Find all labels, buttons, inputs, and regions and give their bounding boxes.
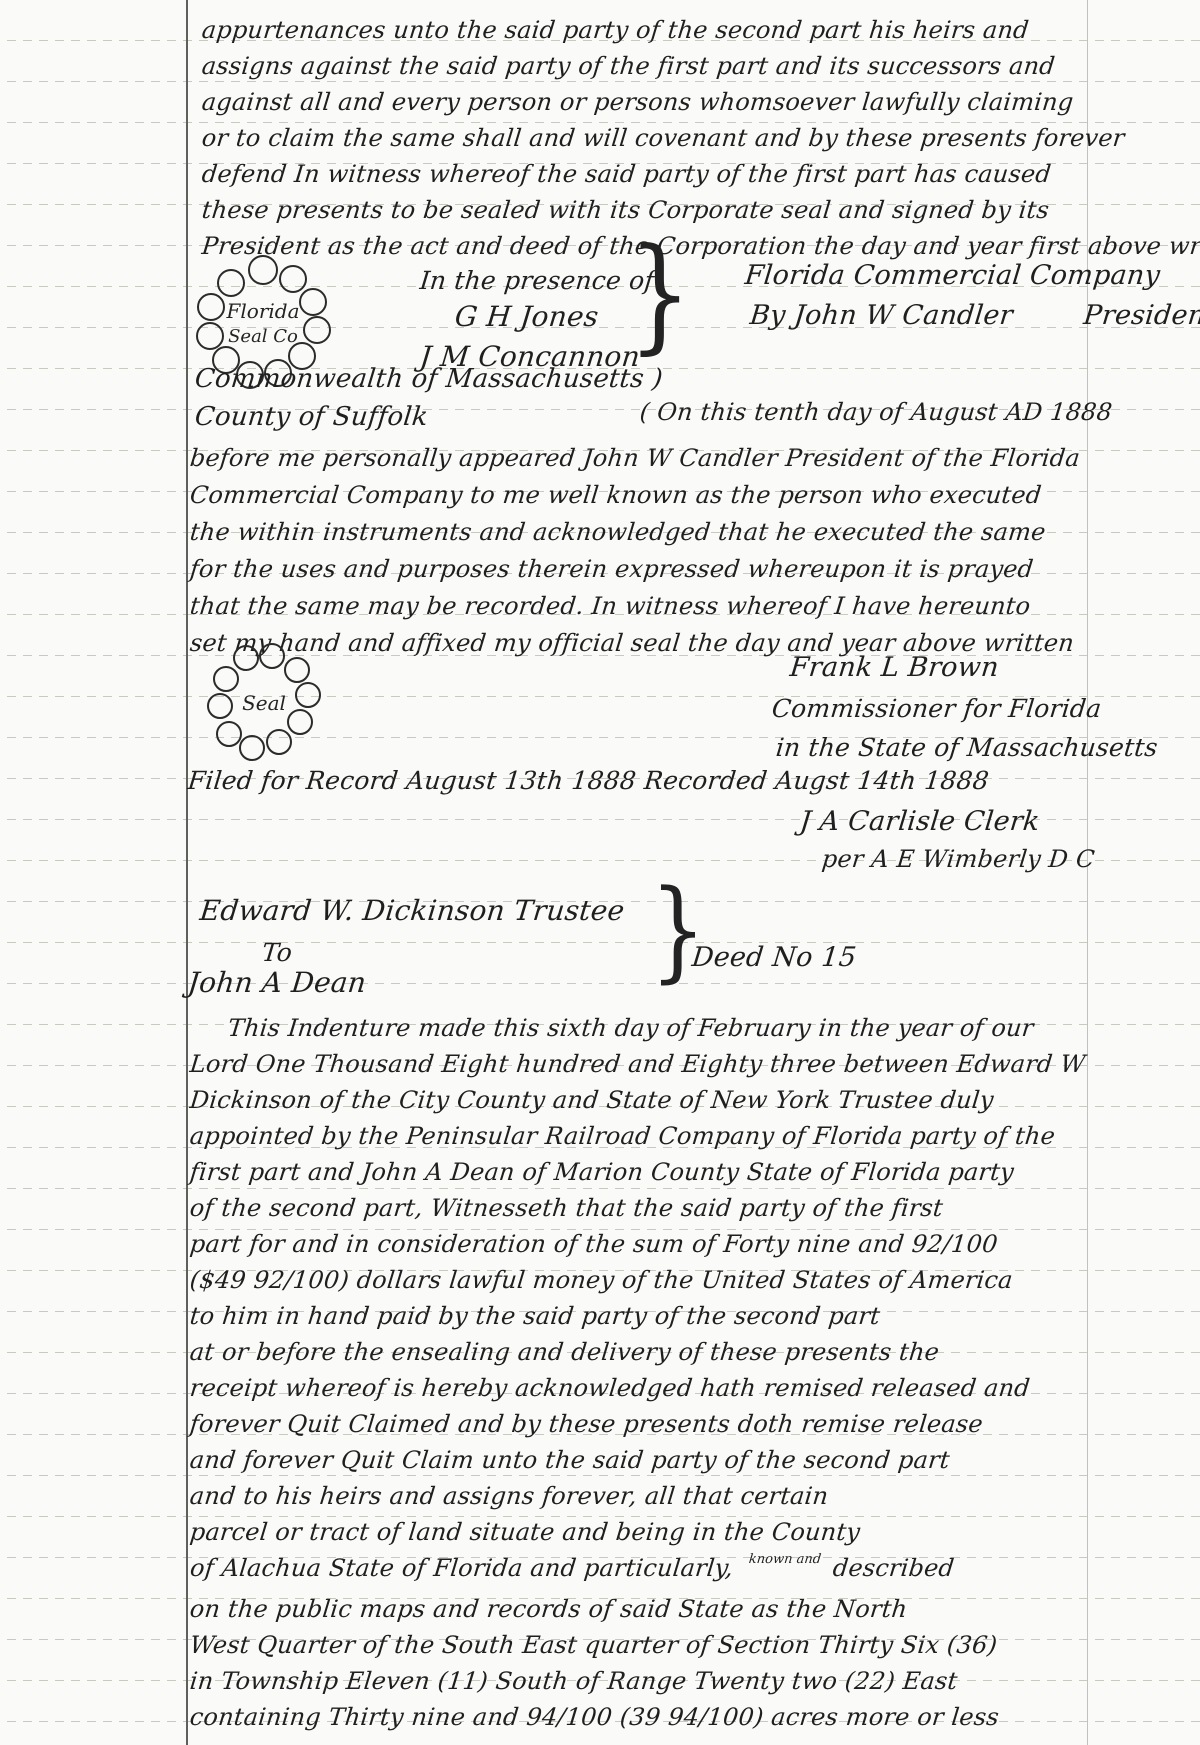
brace-glyph: } bbox=[628, 232, 692, 357]
handwritten-line: of the second part, Witnesseth that the … bbox=[188, 1190, 1087, 1226]
handwritten-line: receipt whereof is hereby acknowledged h… bbox=[188, 1370, 1087, 1406]
handwritten-line: for the uses and purposes therein expres… bbox=[188, 551, 1082, 588]
grantor-name: Edward W. Dickinson Trustee bbox=[198, 894, 626, 927]
acknowledgment-paragraph: before me personally appeared John W Can… bbox=[190, 440, 1080, 662]
to-label: To bbox=[260, 938, 293, 967]
handwritten-line: and to his heirs and assigns forever, al… bbox=[188, 1478, 1087, 1514]
handwritten-line: Dickinson of the City County and State o… bbox=[188, 1082, 1087, 1118]
notary-signature: Frank L Brown bbox=[788, 652, 1000, 683]
handwritten-line: appointed by the Peninsular Railroad Com… bbox=[188, 1118, 1087, 1154]
handwritten-line: appurtenances unto the said party of the… bbox=[200, 12, 1200, 48]
witness-signature: G H Jones bbox=[453, 300, 600, 333]
handwritten-line: defend In witness whereof the said party… bbox=[200, 156, 1200, 192]
interlinear-insertion: known and bbox=[747, 1542, 823, 1578]
acknowledgment-opening: ( On this tenth day of August AD 1888 bbox=[639, 398, 1114, 426]
deed-number-label: Deed No 15 bbox=[690, 942, 858, 973]
company-signature: Florida Commercial Company bbox=[743, 260, 1161, 291]
handwritten-line: or to claim the same shall and will cove… bbox=[200, 120, 1200, 156]
presence-label: In the presence of bbox=[418, 266, 655, 295]
line-text: of Alachua State of Florida and particul… bbox=[189, 1554, 735, 1582]
president-signature: By John W Candler President bbox=[748, 300, 1200, 331]
handwritten-line: part for and in consideration of the sum… bbox=[188, 1226, 1087, 1262]
notary-title: in the State of Massachusetts bbox=[774, 733, 1159, 762]
handwritten-line: parcel or tract of land situate and bein… bbox=[188, 1514, 1087, 1550]
signer-title: President bbox=[1082, 300, 1200, 331]
handwritten-line: that the same may be recorded. In witnes… bbox=[188, 588, 1082, 625]
handwritten-line: at or before the ensealing and delivery … bbox=[188, 1334, 1087, 1370]
handwritten-line: Commercial Company to me well known as t… bbox=[188, 477, 1082, 514]
filing-record-line: Filed for Record August 13th 1888 Record… bbox=[186, 766, 990, 795]
handwritten-line: President as the act and deed of the Cor… bbox=[200, 228, 1200, 264]
handwritten-line: and forever Quit Claim unto the said par… bbox=[188, 1442, 1087, 1478]
handwritten-line: these presents to be sealed with its Cor… bbox=[200, 192, 1200, 228]
handwritten-line: ($49 92/100) dollars lawful money of the… bbox=[188, 1262, 1087, 1298]
corporate-seal-text: Seal Co bbox=[228, 326, 298, 347]
handwritten-line: on the public maps and records of said S… bbox=[188, 1591, 1087, 1627]
handwritten-line: assigns against the said party of the fi… bbox=[200, 48, 1200, 84]
notary-seal-doodle: Seal bbox=[204, 642, 326, 766]
handwritten-line: in Township Eleven (11) South of Range T… bbox=[188, 1663, 1087, 1699]
handwritten-line: forever Quit Claimed and by these presen… bbox=[188, 1406, 1087, 1442]
corporate-seal-text: Florida bbox=[226, 299, 300, 323]
handwritten-line: before me personally appeared John W Can… bbox=[188, 440, 1082, 477]
deed-body-paragraph: This Indenture made this sixth day of Fe… bbox=[190, 1010, 1085, 1735]
handwritten-line: the within instruments and acknowledged … bbox=[188, 514, 1082, 551]
signed-by: By John W Candler bbox=[748, 300, 1014, 331]
clerk-signature: J A Carlisle Clerk bbox=[798, 806, 1041, 837]
handwritten-line: first part and John A Dean of Marion Cou… bbox=[188, 1154, 1087, 1190]
county-caption: County of Suffolk bbox=[193, 402, 429, 432]
closing-paragraph: appurtenances unto the said party of the… bbox=[202, 12, 1200, 264]
handwritten-line: to him in hand paid by the said party of… bbox=[188, 1298, 1087, 1334]
line-text: described bbox=[832, 1554, 956, 1582]
handwritten-line: West Quarter of the South East quarter o… bbox=[188, 1627, 1087, 1663]
deputy-clerk-signature: per A E Wimberly D C bbox=[821, 845, 1097, 873]
handwritten-line: containing Thirty nine and 94/100 (39 94… bbox=[188, 1699, 1087, 1735]
deed-record-page: appurtenances unto the said party of the… bbox=[0, 0, 1200, 1745]
state-caption: Commonwealth of Massachusetts ) bbox=[193, 364, 664, 394]
handwritten-line: This Indenture made this sixth day of Fe… bbox=[188, 1010, 1087, 1046]
handwritten-line: Lord One Thousand Eight hundred and Eigh… bbox=[188, 1046, 1087, 1082]
notary-seal-text: Seal bbox=[242, 691, 286, 715]
handwritten-line-with-insertion: of Alachua State of Florida and particul… bbox=[188, 1550, 1088, 1591]
notary-title: Commissioner for Florida bbox=[770, 694, 1102, 723]
grantee-name: John A Dean bbox=[186, 966, 368, 999]
handwritten-line: against all and every person or persons … bbox=[200, 84, 1200, 120]
